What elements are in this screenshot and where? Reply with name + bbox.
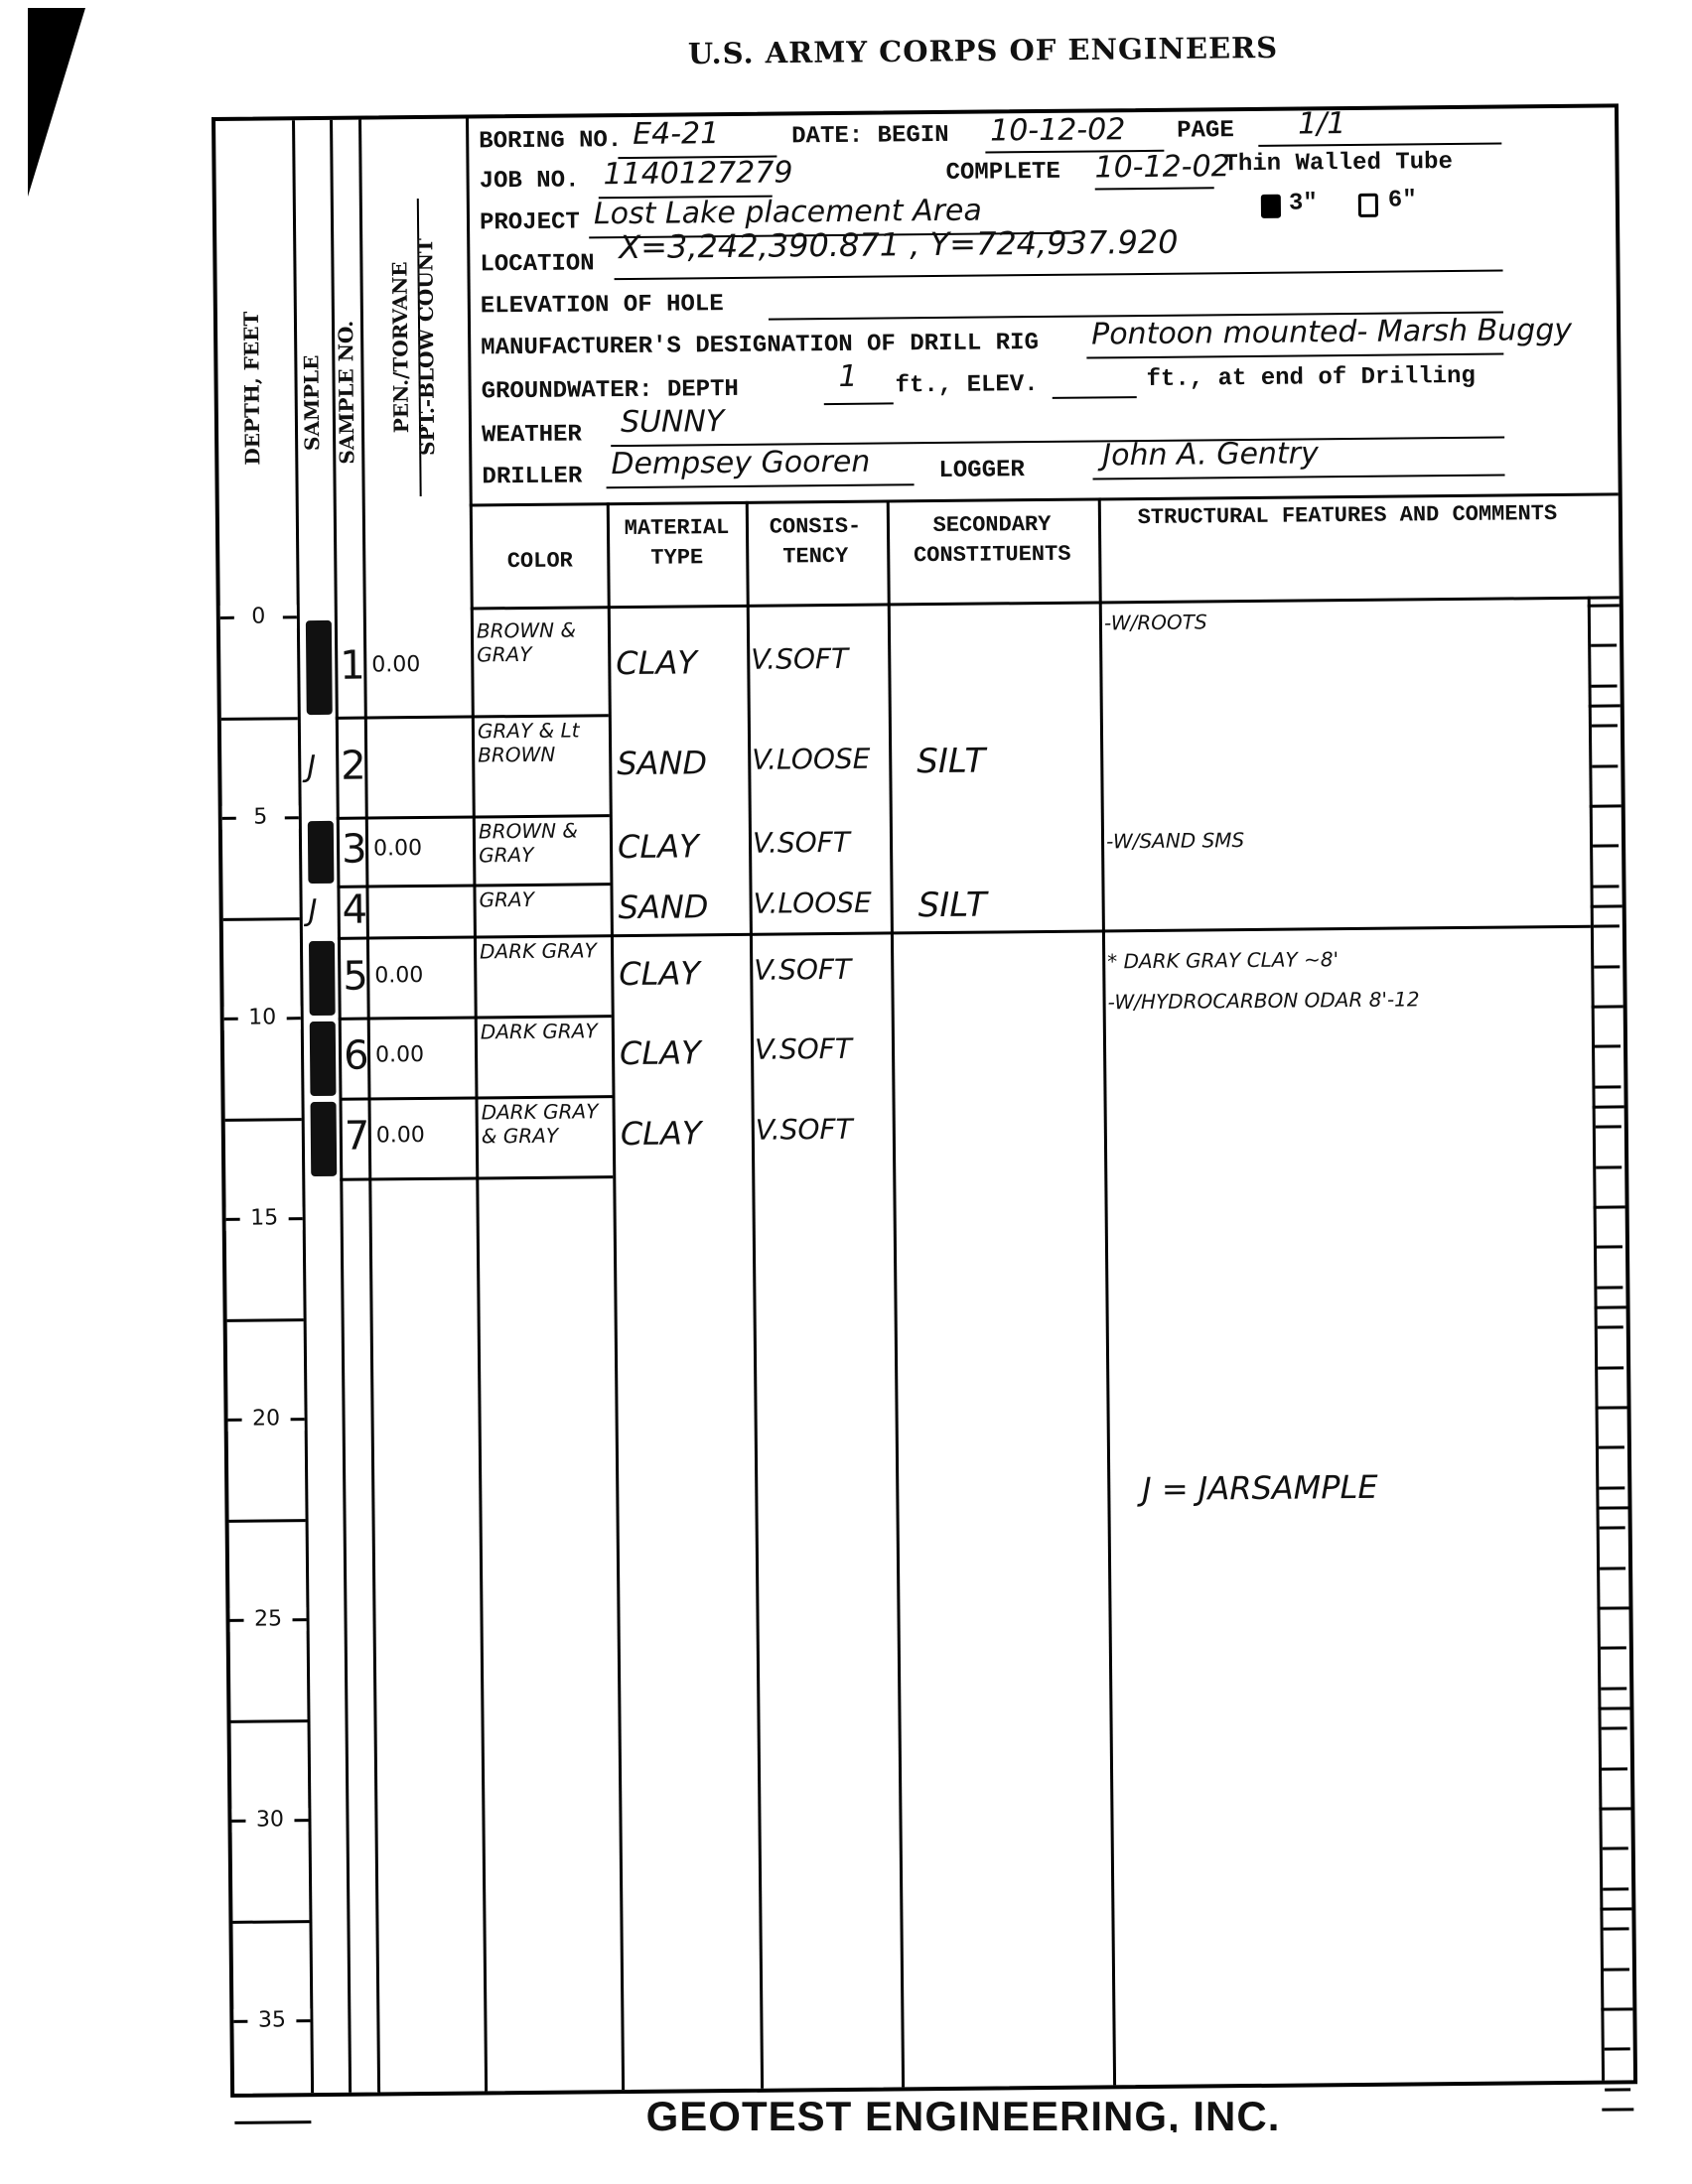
depth-label: 0 xyxy=(220,605,297,629)
consistency-value: V.SOFT xyxy=(756,1113,853,1147)
material-type-value: CLAY xyxy=(620,1034,701,1073)
depth-label: 5 xyxy=(222,805,299,830)
pen-torvane-value: 0.00 xyxy=(373,836,422,861)
weather-value[interactable]: SUNNY xyxy=(621,404,725,440)
material-type-value: SAND xyxy=(617,744,707,782)
divider xyxy=(1588,597,1605,2081)
underline xyxy=(824,402,894,405)
date-complete-label: COMPLETE xyxy=(945,159,1059,187)
depth-tick xyxy=(1595,1045,1621,1048)
tick-gridline xyxy=(1598,1706,1629,1709)
consistency-value: V.LOOSE xyxy=(752,742,870,775)
tube-sample-marker xyxy=(310,1022,337,1096)
tube-sample-marker xyxy=(309,941,336,1016)
tick-gridline xyxy=(1590,804,1621,807)
depth-tick xyxy=(1599,1446,1624,1449)
pen-torvane-value: 0.00 xyxy=(375,1042,424,1067)
header-spt-blow-count: SPT.-BLOW COUNT xyxy=(413,199,444,496)
driller-label: DRILLER xyxy=(482,463,582,490)
sample-number: 4 xyxy=(342,887,367,932)
tick-gridline xyxy=(1595,1305,1626,1308)
groundwater-depth-value[interactable]: 1 xyxy=(838,359,857,394)
divider xyxy=(1098,497,1116,2085)
tick-gridline xyxy=(1600,1907,1631,1910)
color-value: DARK GRAY & GRAY xyxy=(482,1099,611,1148)
drill-rig-label: MANUFACTURER'S DESIGNATION OF DRILL RIG xyxy=(481,330,1039,361)
depth-tick xyxy=(1605,2088,1630,2091)
depth-gridline xyxy=(234,2120,311,2124)
tick-gridline xyxy=(1601,2007,1632,2010)
divider xyxy=(746,501,764,2089)
column-header-consistency: CONSIS- TENCY xyxy=(746,512,886,573)
date-begin-label: DATE: BEGIN xyxy=(791,122,949,151)
depth-tick xyxy=(1591,644,1617,647)
tube-sample-marker xyxy=(311,1102,338,1176)
sample-number: 7 xyxy=(345,1114,370,1160)
row-divider xyxy=(338,925,1591,940)
pen-torvane-value: 0.00 xyxy=(374,963,423,988)
weather-label: WEATHER xyxy=(482,421,582,449)
depth-tick xyxy=(1593,885,1619,887)
depth-tick xyxy=(1595,1085,1621,1088)
depth-tick xyxy=(1598,1366,1623,1369)
sample-number: 6 xyxy=(344,1033,369,1079)
divider xyxy=(607,502,625,2090)
comment-text: -W/HYDROCARBON ODAR 8'-12 xyxy=(1107,987,1419,1014)
header-sample-no: SAMPLE NO. xyxy=(334,294,363,492)
depth-tick xyxy=(1601,1647,1626,1650)
depth-tick xyxy=(1603,1887,1628,1890)
tick-gridline xyxy=(1599,1807,1630,1810)
header-depth-feet: DEPTH, FEET xyxy=(238,269,270,507)
groundwater-elev-label: ft., ELEV. xyxy=(896,371,1039,399)
tube-3in-checkbox[interactable] xyxy=(1261,195,1281,218)
color-value: BROWN & GRAY xyxy=(479,818,608,867)
sample-number: 2 xyxy=(341,743,366,788)
depth-gridline xyxy=(227,1318,304,1322)
comment-text: * DARK GRAY CLAY ~8' xyxy=(1107,947,1339,973)
depth-label: 30 xyxy=(231,1808,308,1833)
page-value[interactable]: 1/1 xyxy=(1298,106,1346,141)
tick-gridline xyxy=(1589,704,1621,707)
tick-gridline xyxy=(1594,1205,1625,1208)
boring-log-form: DEPTH, FEET SAMPLE SAMPLE NO. PEN./TORVA… xyxy=(211,103,1637,2098)
depth-grid: 05101520253035 xyxy=(215,107,1615,121)
groundwater-end-label: ft., at end of Drilling xyxy=(1146,363,1476,393)
depth-tick xyxy=(1602,1727,1627,1730)
depth-tick xyxy=(1600,1567,1625,1570)
consistency-value: V.SOFT xyxy=(754,952,851,986)
divider xyxy=(887,499,905,2087)
depth-tick xyxy=(1592,764,1618,767)
logger-value[interactable]: John A. Gentry xyxy=(1102,436,1319,473)
consistency-value: V.SOFT xyxy=(755,1032,852,1066)
depth-tick xyxy=(1597,1286,1622,1289)
sample-number: 5 xyxy=(343,953,368,999)
location-value[interactable]: X=3,242,390.871 , Y=724,937.920 xyxy=(619,223,1179,266)
depth-tick xyxy=(1596,1165,1621,1168)
material-type-value: CLAY xyxy=(619,954,700,993)
tube-6in-label: 6" xyxy=(1388,187,1417,213)
material-type-value: CLAY xyxy=(621,1114,702,1153)
depth-label: 15 xyxy=(226,1206,303,1231)
depth-gridline xyxy=(231,1719,308,1723)
tick-gridline xyxy=(1588,604,1620,607)
depth-label: 25 xyxy=(229,1607,306,1632)
material-type-value: SAND xyxy=(618,887,708,926)
sample-number: 3 xyxy=(342,827,367,873)
color-value: GRAY xyxy=(479,887,608,911)
pen-torvane-value: 0.00 xyxy=(376,1123,425,1148)
comment-text: -W/SAND SMS xyxy=(1106,828,1244,853)
tube-sample-marker xyxy=(306,620,333,715)
tube-3in-label: 3" xyxy=(1289,190,1318,216)
thin-walled-tube-label: Thin Walled Tube xyxy=(1223,149,1453,178)
depth-gridline xyxy=(223,917,300,921)
divider xyxy=(471,596,1620,610)
column-header-secondary-constituents: SECONDARY CONSTITUENTS xyxy=(887,509,1098,571)
depth-gridline xyxy=(232,1920,309,1924)
underline xyxy=(1086,353,1503,359)
underline xyxy=(607,483,915,488)
depth-gridline xyxy=(221,717,298,721)
depth-gridline xyxy=(229,1519,306,1523)
project-label: PROJECT xyxy=(480,208,580,236)
comment-text: J = JARSAMPLE xyxy=(1142,1468,1378,1508)
color-value: GRAY & Lt BROWN xyxy=(478,718,607,766)
page-label: PAGE xyxy=(1177,117,1234,145)
boring-no-value[interactable]: E4-21 xyxy=(633,116,719,152)
job-no-value[interactable]: 1140127279 xyxy=(603,155,792,192)
jar-sample-marker: J xyxy=(309,893,318,928)
color-value: BROWN & GRAY xyxy=(477,617,606,666)
tick-gridline xyxy=(1593,1105,1624,1108)
depth-tick xyxy=(1593,845,1619,848)
tick-gridline xyxy=(1597,1606,1628,1609)
column-header-material-type: MATERIAL TYPE xyxy=(609,513,746,574)
secondary-constituent-value: SILT xyxy=(916,741,985,781)
secondary-constituent-value: SILT xyxy=(917,885,986,925)
date-complete-value[interactable]: 10-12-02 xyxy=(1094,149,1230,185)
underline xyxy=(1095,187,1214,190)
jar-sample-marker: J xyxy=(307,750,316,784)
tick-gridline xyxy=(1597,1506,1628,1509)
underline xyxy=(1093,475,1505,480)
column-header-comments: STRUCTURAL FEATURES AND COMMENTS xyxy=(1099,499,1596,534)
job-no-label: JOB NO. xyxy=(480,167,580,195)
header-sample: SAMPLE xyxy=(299,319,331,487)
depth-label: 10 xyxy=(224,1006,301,1030)
elevation-label: ELEVATION OF HOLE xyxy=(481,291,724,320)
depth-tick xyxy=(1603,1847,1628,1850)
depth-tick xyxy=(1598,1326,1623,1329)
tube-6in-checkbox[interactable] xyxy=(1358,194,1378,217)
agency-title: U.S. ARMY CORPS OF ENGINEERS xyxy=(635,30,1331,70)
depth-tick xyxy=(1604,1928,1629,1931)
comments-column: -W/ROOTS-W/SAND SMS* DARK GRAY CLAY ~8'-… xyxy=(215,107,1615,121)
column-header-color: COLOR xyxy=(473,546,607,577)
underline xyxy=(1053,396,1137,399)
consistency-value: V.SOFT xyxy=(751,641,848,675)
logger-label: LOGGER xyxy=(938,457,1025,484)
depth-tick xyxy=(1599,1486,1624,1489)
depth-tick xyxy=(1594,925,1620,928)
sample-number: 1 xyxy=(340,642,365,688)
depth-label: 35 xyxy=(233,2008,310,2033)
tick-gridline xyxy=(1602,2108,1633,2111)
depth-tick xyxy=(1597,1246,1622,1249)
underline xyxy=(615,270,1503,281)
pen-torvane-value: 0.00 xyxy=(371,652,420,677)
depth-tick xyxy=(1604,1968,1629,1971)
consistency-value: V.LOOSE xyxy=(753,887,871,920)
driller-value[interactable]: Dempsey Gooren xyxy=(611,445,870,482)
underline xyxy=(1258,143,1501,147)
depth-tick xyxy=(1596,1126,1621,1129)
depth-tick xyxy=(1605,2048,1630,2051)
consistency-value: V.SOFT xyxy=(753,826,850,860)
comment-text: -W/ROOTS xyxy=(1104,610,1207,634)
sample-rows: 10.00BROWN & GRAYCLAYV.SOFTJ2GRAY & Lt B… xyxy=(215,107,1615,121)
depth-label: 20 xyxy=(227,1407,304,1432)
color-value: DARK GRAY xyxy=(480,938,609,963)
company-footer: GEOTEST ENGINEERING, INC. xyxy=(556,2093,1370,2132)
color-value: DARK GRAY xyxy=(481,1019,610,1043)
tube-sample-marker xyxy=(308,821,335,884)
tick-gridline xyxy=(1591,904,1622,907)
material-type-value: CLAY xyxy=(616,643,697,682)
scan-edge-mark xyxy=(28,8,87,206)
location-label: LOCATION xyxy=(480,250,594,278)
tick-gridline xyxy=(1592,1005,1623,1008)
depth-tick xyxy=(1592,684,1618,687)
date-begin-value[interactable]: 10-12-02 xyxy=(990,112,1126,148)
drill-rig-value[interactable]: Pontoon mounted- Marsh Buggy xyxy=(1091,313,1572,352)
depth-tick xyxy=(1600,1527,1625,1530)
groundwater-depth-label: GROUNDWATER: DEPTH xyxy=(482,376,739,405)
tick-gridline xyxy=(1596,1406,1627,1409)
depth-tick xyxy=(1594,965,1620,968)
depth-tick xyxy=(1592,725,1618,728)
depth-gridline xyxy=(225,1118,302,1122)
depth-tick xyxy=(1602,1767,1627,1770)
depth-tick xyxy=(1601,1687,1626,1690)
material-type-value: CLAY xyxy=(618,828,699,867)
boring-no-label: BORING NO. xyxy=(479,127,622,155)
